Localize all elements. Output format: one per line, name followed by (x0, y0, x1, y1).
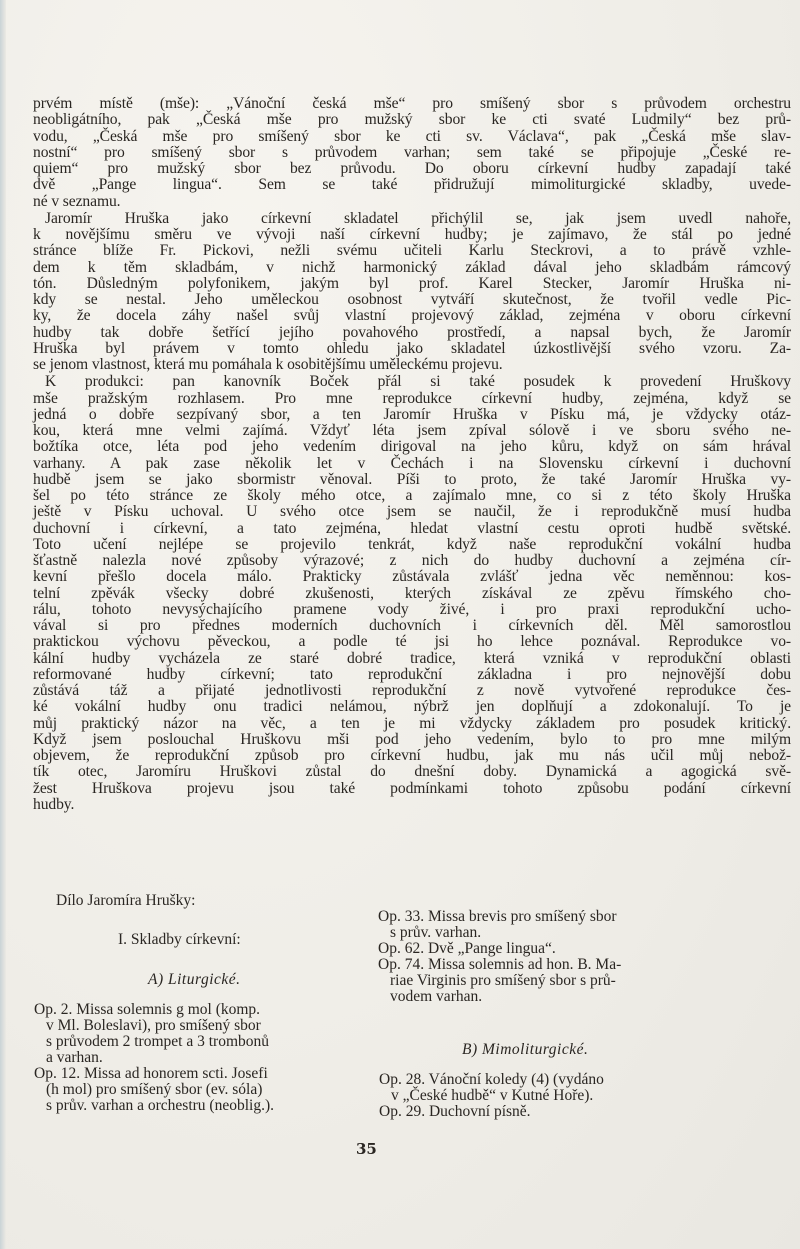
work-entry: Op. 2. Missa solemnis g mol (komp.v Ml. … (34, 1002, 274, 1066)
work-entry-first-line: Op. 62. Dvě „Pange lingua“. (378, 941, 621, 957)
work-entry-continuation: s průvodem 2 trompet a 3 trombonů (34, 1034, 274, 1050)
work-entry-continuation: riae Virginis pro smíšený sbor s prů- (378, 973, 621, 989)
work-entry-first-line: Op. 33. Missa brevis pro smíšený sbor (378, 909, 621, 925)
work-entry: Op. 12. Missa ad honorem scti. Josefi(h … (34, 1066, 274, 1114)
work-entry: Op. 29. Duchovní písně. (379, 1104, 604, 1120)
work-entry-continuation: v „České hudbě“ v Kutné Hoře). (379, 1088, 604, 1104)
work-entry-continuation: vodem varhan. (378, 989, 621, 1005)
work-entry-first-line: Op. 2. Missa solemnis g mol (komp. (34, 1002, 274, 1018)
subsection-heading-liturgical: A) Liturgické. (148, 972, 241, 988)
work-entry-continuation: s prův. varhan a orchestru (neoblig.). (34, 1098, 274, 1114)
works-list: Dílo Jaromíra Hrušky: I. Skladby církevn… (0, 0, 800, 1249)
work-entry: Op. 74. Missa solemnis ad hon. B. Ma-ria… (378, 957, 621, 1005)
work-entry-continuation: (h mol) pro smíšený sbor (ev. sóla) (34, 1082, 274, 1098)
work-entry-continuation: v Ml. Boleslavi), pro smíšený sbor (34, 1018, 274, 1034)
section-heading-church-compositions: I. Skladby církevní: (118, 932, 241, 948)
work-entry-continuation: a varhan. (34, 1050, 274, 1066)
non-liturgical-list: Op. 28. Vánoční koledy (4) (vydánov „Čes… (379, 1072, 604, 1120)
work-entry-first-line: Op. 29. Duchovní písně. (379, 1104, 604, 1120)
work-entry-first-line: Op. 28. Vánoční koledy (4) (vydáno (379, 1072, 604, 1088)
work-entry-first-line: Op. 74. Missa solemnis ad hon. B. Ma- (378, 957, 621, 973)
page-number: 35 (356, 1140, 377, 1158)
work-entry: Op. 33. Missa brevis pro smíšený sbors p… (378, 909, 621, 941)
subsection-heading-non-liturgical: B) Mimoliturgické. (462, 1042, 588, 1058)
liturgical-list-right: Op. 33. Missa brevis pro smíšený sbors p… (378, 909, 621, 1005)
work-entry-continuation: s prův. varhan. (378, 925, 621, 941)
liturgical-list-left: Op. 2. Missa solemnis g mol (komp.v Ml. … (34, 1002, 274, 1114)
works-title: Dílo Jaromíra Hrušky: (56, 893, 195, 909)
work-entry: Op. 28. Vánoční koledy (4) (vydánov „Čes… (379, 1072, 604, 1104)
work-entry: Op. 62. Dvě „Pange lingua“. (378, 941, 621, 957)
work-entry-first-line: Op. 12. Missa ad honorem scti. Josefi (34, 1066, 274, 1082)
